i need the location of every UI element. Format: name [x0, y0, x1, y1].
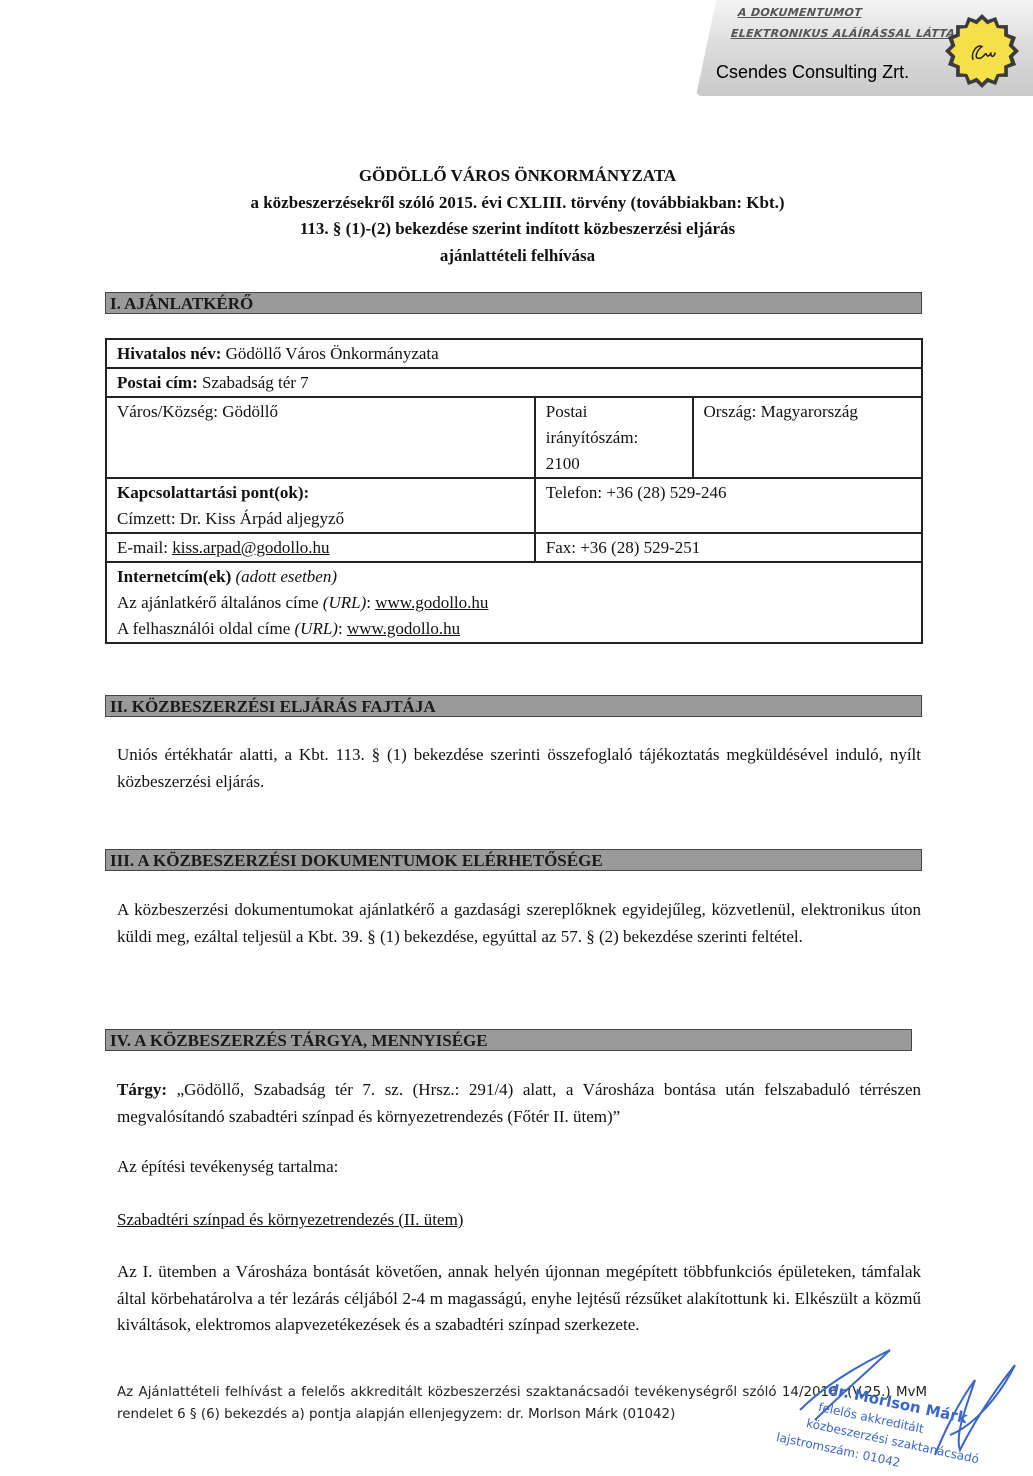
countersignature-note: Az Ajánlattételi felhívást a felelős akk…: [117, 1382, 927, 1426]
postal-address-label: Postai cím:: [117, 373, 198, 392]
table-row: Internetcím(ek) (adott esetben) Az ajánl…: [106, 562, 922, 643]
table-row: E-mail: kiss.arpad@godollo.hu Fax: +36 (…: [106, 533, 922, 562]
activity-subheading: Szabadtéri színpad és környezetrendezés …: [117, 1207, 463, 1234]
section-1-title: I. AJÁNLATKÉRŐ: [105, 292, 922, 314]
stamp-line-4: lajstromszám: 01042: [775, 1430, 901, 1470]
fax-cell: Fax: +36 (28) 529-251: [535, 533, 922, 562]
buyer-url-link[interactable]: www.godollo.hu: [347, 619, 460, 638]
table-row: Hivatalos név: Gödöllő Város Önkormányza…: [106, 339, 922, 368]
seal-icon: [945, 14, 1019, 88]
official-name-label: Hivatalos név:: [117, 344, 221, 363]
url-tag: (URL): [323, 593, 366, 612]
email-link[interactable]: kiss.arpad@godollo.hu: [172, 538, 329, 557]
phone-cell: Telefon: +36 (28) 529-246: [535, 478, 922, 533]
esig-line-1: A DOKUMENTUMOT: [737, 6, 862, 19]
postcode-label-1: Postai: [546, 399, 682, 425]
subject-paragraph: Tárgy: „Gödöllő, Szabadság tér 7. sz. (H…: [117, 1077, 921, 1130]
internet-label: Internetcím(ek): [117, 567, 231, 586]
esig-company: Csendes Consulting Zrt.: [716, 62, 909, 83]
activity-body: Az I. ütemben a Városháza bontását követ…: [117, 1259, 921, 1339]
contracting-authority-table: Hivatalos név: Gödöllő Város Önkormányza…: [105, 338, 923, 644]
document-header: GÖDÖLLŐ VÁROS ÖNKORMÁNYZATA a közbeszerz…: [100, 163, 935, 269]
postcode-cell: Postai irányítószám: 2100: [535, 397, 693, 478]
postcode-label-2: irányítószám:: [546, 425, 682, 451]
activity-intro: Az építési tevékenység tartalma:: [117, 1154, 921, 1181]
header-line-3: 113. § (1)-(2) bekezdése szerint indítot…: [100, 216, 935, 243]
contact-label: Kapcsolattartási pont(ok):: [117, 483, 309, 502]
table-row: Kapcsolattartási pont(ok): Címzett: Dr. …: [106, 478, 922, 533]
procedure-type-text: Uniós értékhatár alatti, a Kbt. 113. § (…: [117, 742, 921, 795]
postal-address-value: Szabadság tér 7: [202, 373, 309, 392]
header-line-4: ajánlattételi felhívása: [100, 243, 935, 270]
buyer-url-label: A felhasználói oldal címe: [117, 619, 290, 638]
documents-availability-text: A közbeszerzési dokumentumokat ajánlatké…: [117, 897, 921, 950]
contact-person: Címzett: Dr. Kiss Árpád aljegyző: [117, 506, 524, 532]
section-3-title: III. A KÖZBESZERZÉSI DOKUMENTUMOK ELÉRHE…: [105, 849, 922, 871]
table-row: Város/Község: Gödöllő Postai irányítószá…: [106, 397, 922, 478]
section-2-title: II. KÖZBESZERZÉSI ELJÁRÁS FAJTÁJA: [105, 695, 922, 717]
country-cell: Ország: Magyarország: [693, 397, 922, 478]
section-4-title: IV. A KÖZBESZERZÉS TÁRGYA, MENNYISÉGE: [105, 1029, 912, 1051]
postcode-value: 2100: [546, 451, 682, 477]
official-name-value: Gödöllő Város Önkormányzata: [226, 344, 439, 363]
url-tag: (URL): [295, 619, 338, 638]
subject-text: „Gödöllő, Szabadság tér 7. sz. (Hrsz.: 2…: [117, 1080, 921, 1126]
header-line-1: GÖDÖLLŐ VÁROS ÖNKORMÁNYZATA: [100, 163, 935, 190]
header-line-2: a közbeszerzésekről szóló 2015. évi CXLI…: [100, 190, 935, 217]
table-row: Postai cím: Szabadság tér 7: [106, 368, 922, 397]
e-signature-badge: A DOKUMENTUMOT ELEKTRONIKUS ALÁÍRÁSSAL L…: [696, 0, 1033, 96]
general-url-label: Az ajánlatkérő általános címe: [117, 593, 319, 612]
esig-line-2: ELEKTRONIKUS ALÁÍRÁSSAL LÁTTA EL:: [730, 27, 979, 40]
subject-label: Tárgy:: [117, 1080, 167, 1099]
general-url-link[interactable]: www.godollo.hu: [375, 593, 488, 612]
internet-note: (adott esetben): [236, 567, 338, 586]
email-label: E-mail:: [117, 538, 168, 557]
city-cell: Város/Község: Gödöllő: [106, 397, 535, 478]
